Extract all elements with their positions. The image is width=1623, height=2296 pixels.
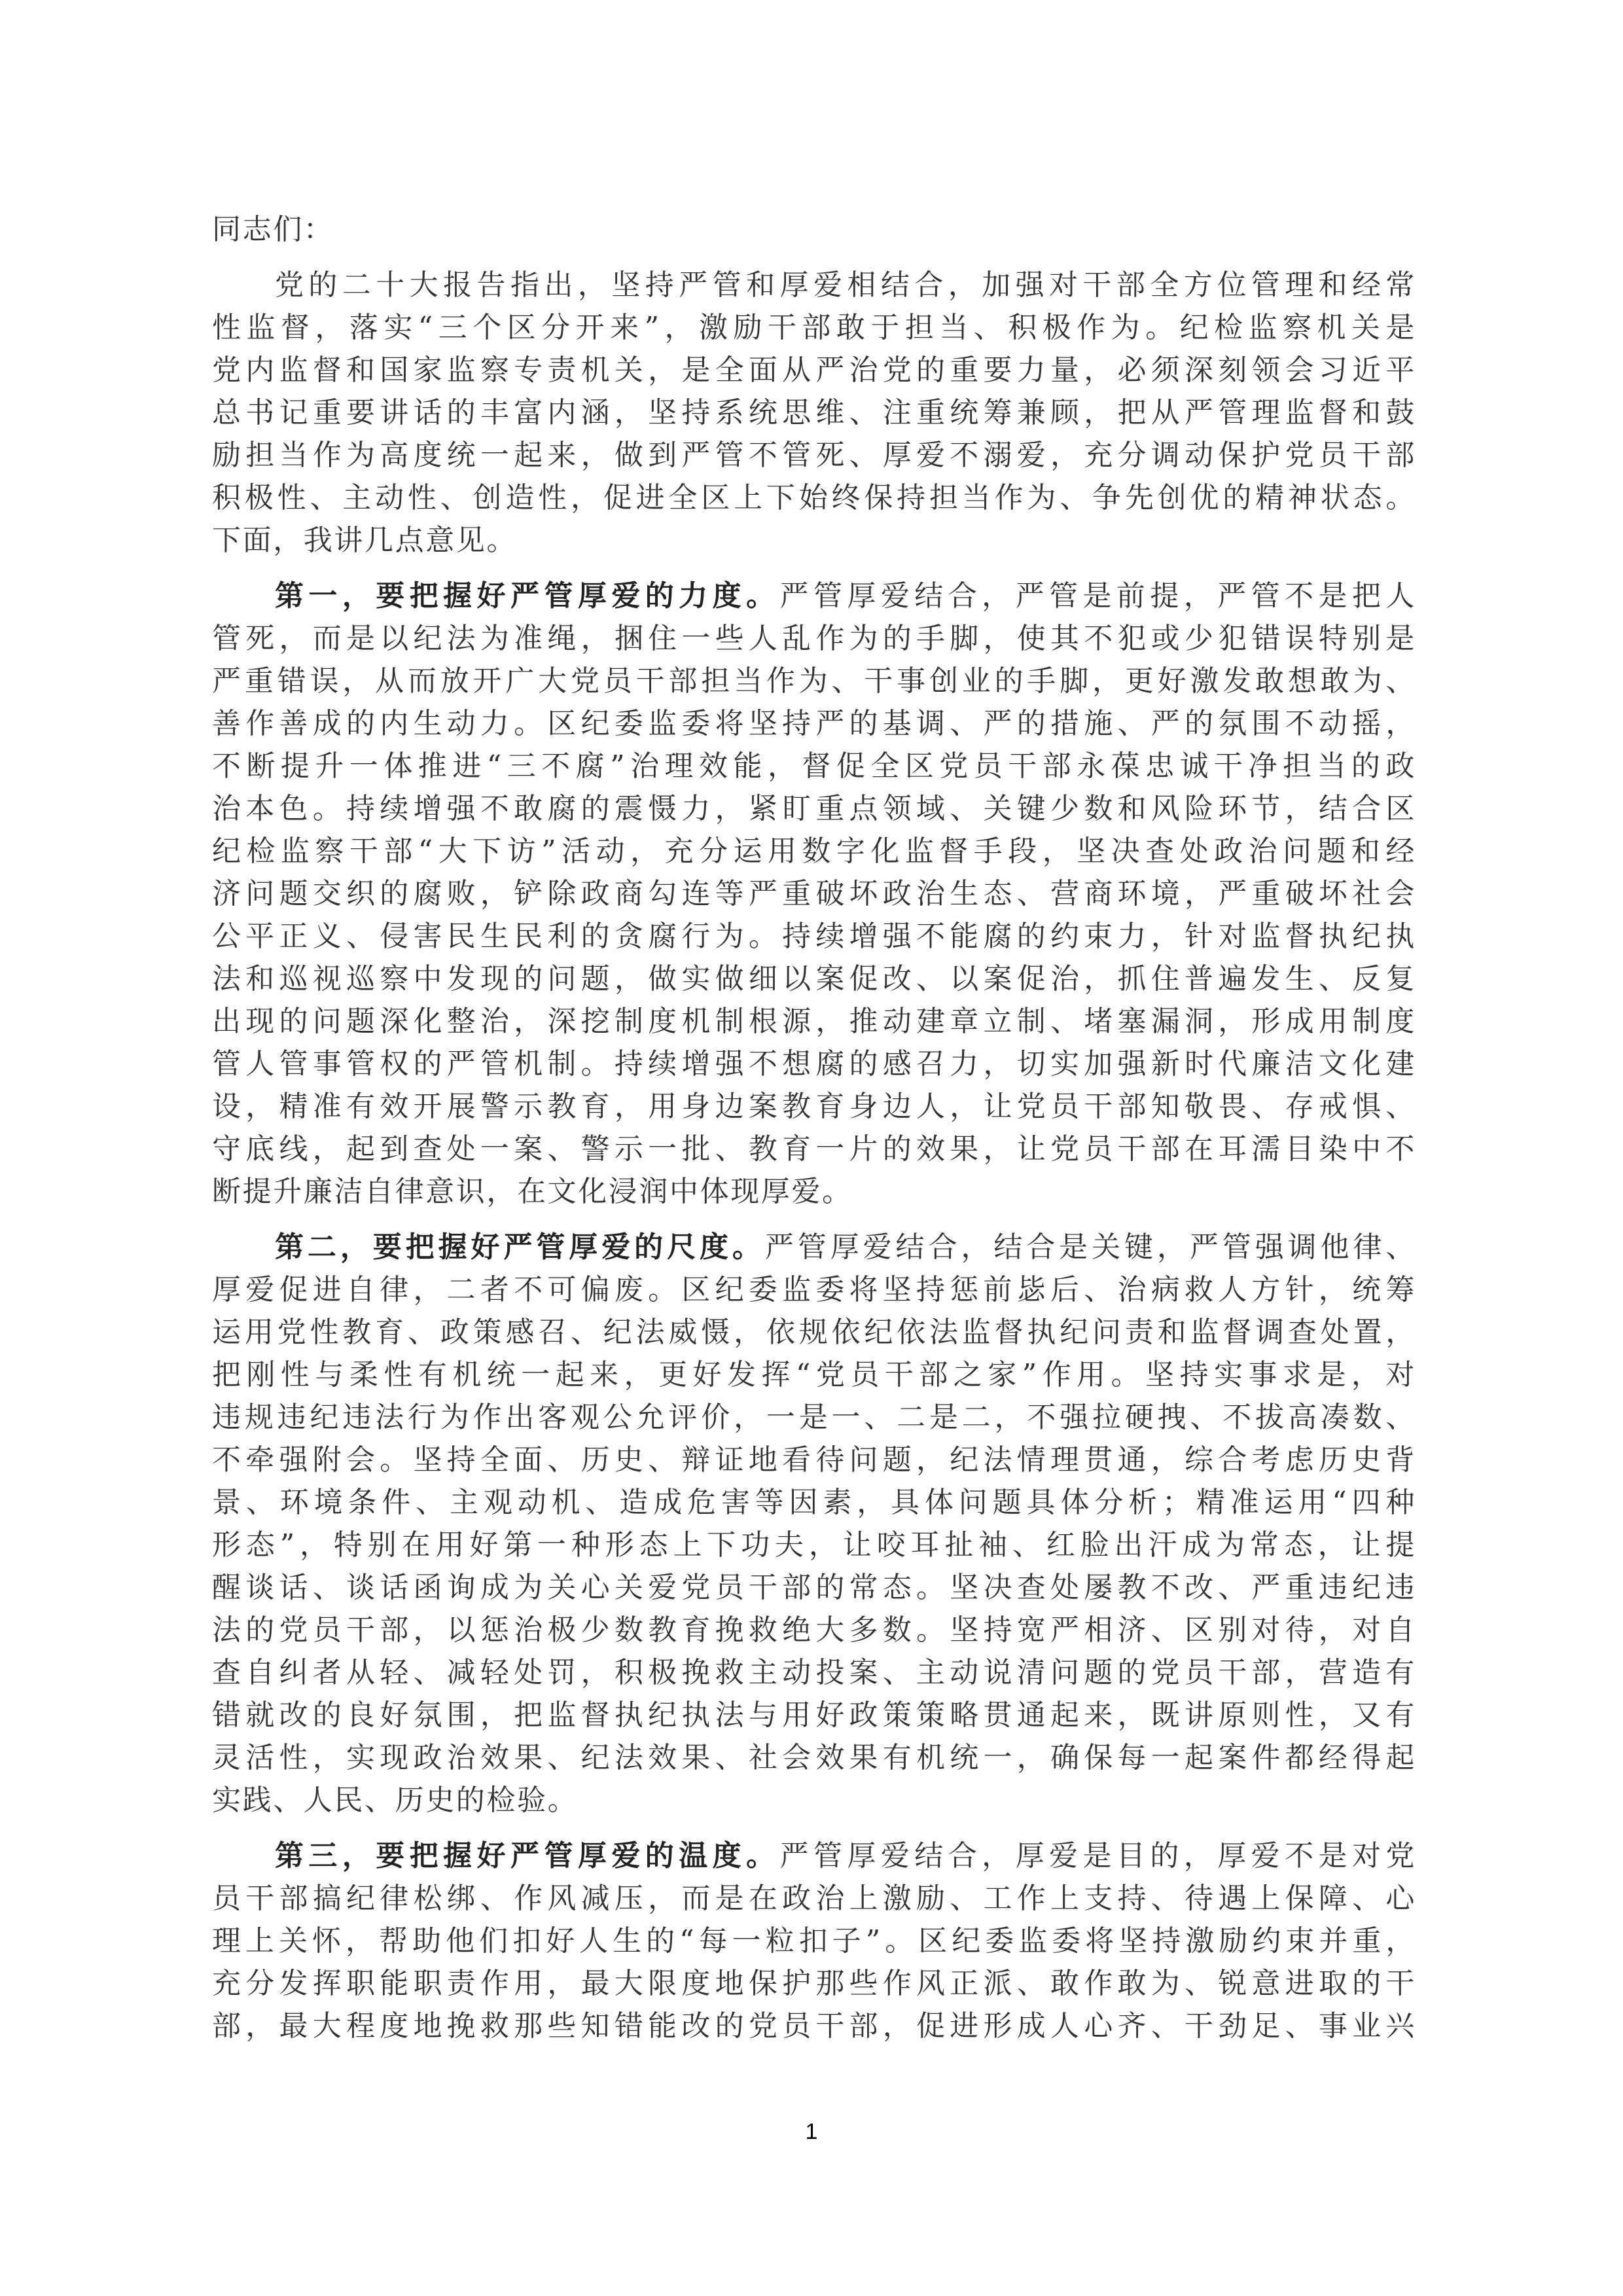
text-line: 总书记重要讲话的丰富内涵，坚持系统思维、注重统筹兼顾，把从严管理监督和鼓 — [212, 391, 1416, 434]
text-line: 党内监督和国家监察专责机关，是全面从严治党的重要力量，必须深刻领会习近平 — [212, 349, 1416, 391]
paragraph-intro: 党的二十大报告指出，坚持严管和厚爱相结合，加强对干部全方位管理和经常 性监督，落… — [212, 264, 1416, 562]
text-line: 部，最大程度地挽救那些知错能改的党员干部，促进形成人心齐、干劲足、事业兴 — [212, 2005, 1416, 2047]
text-line: 不断提升一体推进“三不腐”治理效能，督促全区党员干部永葆忠诚干净担当的政 — [212, 745, 1416, 787]
text-line: 实践、人民、历史的检验。 — [212, 1779, 1416, 1821]
text-line: 设，精准有效开展警示教育，用身边案教育身边人，让党员干部知敬畏、存戒惧、 — [212, 1085, 1416, 1128]
text-line: 守底线，起到查处一案、警示一批、教育一片的效果，让党员干部在耳濡目染中不 — [212, 1128, 1416, 1170]
paragraph-point-one: 第一，要把握好严管厚爱的力度。严管厚爱结合，严管是前提，严管不是把人 管死，而是… — [212, 575, 1416, 1213]
text-span: 严管厚爱结合，厚爱是目的，厚爱不是对党 — [780, 1839, 1416, 1873]
text-line: 性监督，落实“三个区分开来”，激励干部敢于担当、积极作为。纪检监察机关是 — [212, 306, 1416, 349]
text-line: 错就改的良好氛围，把监督执纪执法与用好政策策略贯通起来，既讲原则性，又有 — [212, 1694, 1416, 1736]
text-line: 违规违纪违法行为作出客观公允评价，一是一、二是二，不强拉硬拽、不拔高凑数、 — [212, 1396, 1416, 1439]
text-line: 不牵强附会。坚持全面、历史、辩证地看待问题，纪法情理贯通，综合考虑历史背 — [212, 1439, 1416, 1481]
text-line: 治本色。持续增强不敢腐的震慑力，紧盯重点领域、关键少数和风险环节，结合区 — [212, 787, 1416, 830]
text-span: 严管厚爱结合，结合是关键，严管强调他律、 — [765, 1230, 1416, 1264]
text-line: 济问题交织的腐败，铲除政商勾连等严重破坏政治生态、营商环境，严重破坏社会 — [212, 872, 1416, 915]
text-line: 励担当作为高度统一起来，做到严管不管死、厚爱不溺爱，充分调动保护党员干部 — [212, 434, 1416, 476]
text-line: 灵活性，实现政治效果、纪法效果、社会效果有机统一，确保每一起案件都经得起 — [212, 1736, 1416, 1779]
text-line: 法和巡视巡察中发现的问题，做实做细以案促改、以案促治，抓住普遍发生、反复 — [212, 958, 1416, 1000]
text-line: 充分发挥职能职责作用，最大限度地保护那些作风正派、敢作敢为、锐意进取的干 — [212, 1962, 1416, 2005]
text-line: 下面，我讲几点意见。 — [212, 519, 1416, 562]
text-line: 出现的问题深化整治，深挖制度机制根源，推动建章立制、堵塞漏洞，形成用制度 — [212, 1000, 1416, 1043]
text-line: 形态”，特别在用好第一种形态上下功夫，让咬耳扯袖、红脸出汗成为常态，让提 — [212, 1524, 1416, 1566]
text-line: 理上关怀，帮助他们扣好人生的“每一粒扣子”。区纪委监委将坚持激励约束并重， — [212, 1920, 1416, 1962]
document-body: 同志们： 党的二十大报告指出，坚持严管和厚爱相结合，加强对干部全方位管理和经常 … — [212, 208, 1416, 2047]
text-line: 积极性、主动性、创造性，促进全区上下始终保持担当作为、争先创优的精神状态。 — [212, 476, 1416, 519]
paragraph-spacer — [212, 1213, 1416, 1226]
paragraph-point-two: 第二，要把握好严管厚爱的尺度。严管厚爱结合，结合是关键，严管强调他律、 厚爱促进… — [212, 1226, 1416, 1821]
section-heading: 第三，要把握好严管厚爱的温度。 — [275, 1839, 780, 1873]
text-span: 严管厚爱结合，严管是前提，严管不是把人 — [780, 579, 1416, 613]
text-line: 把刚性与柔性有机统一起来，更好发挥“党员干部之家”作用。坚持实事求是，对 — [212, 1354, 1416, 1396]
text-line: 断提升廉洁自律意识，在文化浸润中体现厚爱。 — [212, 1170, 1416, 1213]
text-line: 景、环境条件、主观动机、造成危害等因素，具体问题具体分析；精准运用“四种 — [212, 1481, 1416, 1524]
text-line: 管死，而是以纪法为准绳，捆住一些人乱作为的手脚，使其不犯或少犯错误特别是 — [212, 617, 1416, 660]
text-line: 厚爱促进自律，二者不可偏废。区纪委监委将坚持惩前毖后、治病救人方针，统筹 — [212, 1268, 1416, 1311]
text-line: 第一，要把握好严管厚爱的力度。严管厚爱结合，严管是前提，严管不是把人 — [212, 575, 1416, 617]
text-line: 查自纠者从轻、减轻处罚，积极挽救主动投案、主动说清问题的党员干部，营造有 — [212, 1651, 1416, 1694]
text-line: 第二，要把握好严管厚爱的尺度。严管厚爱结合，结合是关键，严管强调他律、 — [212, 1226, 1416, 1268]
text-line: 善作善成的内生动力。区纪委监委将坚持严的基调、严的措施、严的氛围不动摇， — [212, 702, 1416, 745]
text-line: 运用党性教育、政策感召、纪法威慑，依规依纪依法监督执纪问责和监督调查处置， — [212, 1311, 1416, 1354]
page-number: 1 — [0, 2119, 1623, 2145]
paragraph-spacer — [212, 562, 1416, 575]
text-line: 法的党员干部，以惩治极少数教育挽救绝大多数。坚持宽严相济、区别对待，对自 — [212, 1609, 1416, 1651]
paragraph-spacer — [212, 1821, 1416, 1835]
text-line: 管人管事管权的严管机制。持续增强不想腐的感召力，切实加强新时代廉洁文化建 — [212, 1043, 1416, 1085]
document-page: 同志们： 党的二十大报告指出，坚持严管和厚爱相结合，加强对干部全方位管理和经常 … — [0, 0, 1623, 2296]
salutation: 同志们： — [212, 208, 1416, 251]
text-line: 党的二十大报告指出，坚持严管和厚爱相结合，加强对干部全方位管理和经常 — [212, 264, 1416, 306]
text-line: 醒谈话、谈话函询成为关心关爱党员干部的常态。坚决查处屡教不改、严重违纪违 — [212, 1566, 1416, 1609]
paragraph-spacer — [212, 251, 1416, 264]
text-line: 公平正义、侵害民生民利的贪腐行为。持续增强不能腐的约束力，针对监督执纪执 — [212, 915, 1416, 958]
section-heading: 第二，要把握好严管厚爱的尺度。 — [275, 1230, 765, 1264]
text-line: 纪检监察干部“大下访”活动，充分运用数字化监督手段，坚决查处政治问题和经 — [212, 830, 1416, 872]
section-heading: 第一，要把握好严管厚爱的力度。 — [275, 579, 780, 613]
text-line: 第三，要把握好严管厚爱的温度。严管厚爱结合，厚爱是目的，厚爱不是对党 — [212, 1835, 1416, 1877]
text-line: 员干部搞纪律松绑、作风减压，而是在政治上激励、工作上支持、待遇上保障、心 — [212, 1877, 1416, 1920]
paragraph-point-three: 第三，要把握好严管厚爱的温度。严管厚爱结合，厚爱是目的，厚爱不是对党 员干部搞纪… — [212, 1835, 1416, 2047]
text-line: 严重错误，从而放开广大党员干部担当作为、干事创业的手脚，更好激发敢想敢为、 — [212, 660, 1416, 702]
